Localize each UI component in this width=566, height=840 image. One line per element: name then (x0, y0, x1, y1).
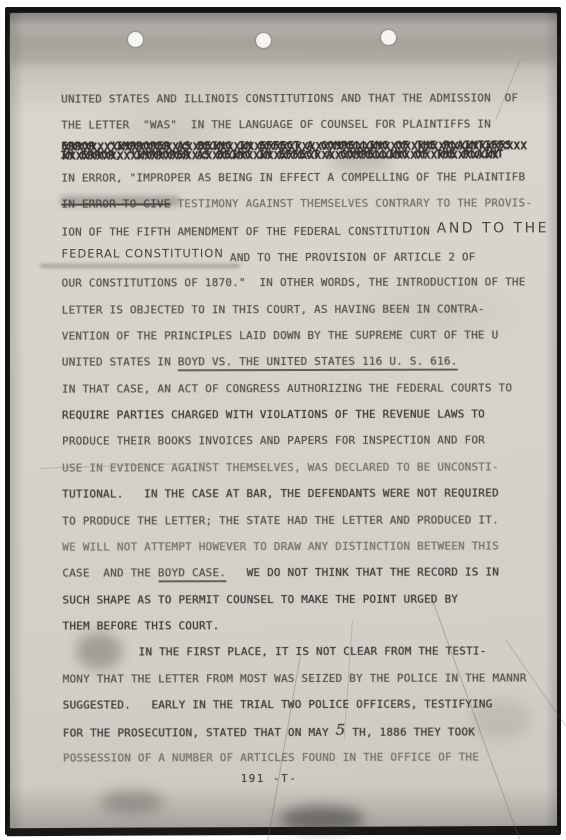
handwritten-annotation: FEDERAL CONSTITUTION (62, 246, 224, 260)
typed-text-run: VENTION OF THE PRINCIPLES LAID DOWN BY T… (62, 329, 499, 343)
typed-text-run: IN THAT CASE, AN ACT OF CONGRESS AUTHORI… (62, 381, 512, 395)
document-line: MONY THAT THE LETTER FROM MOST WAS SEIZE… (63, 665, 545, 693)
document-line: REQUIRE PARTIES CHARGED WITH VIOLATIONS … (62, 401, 544, 429)
document-line: USE IN EVIDENCE AGAINST THEMSELVES, WAS … (62, 454, 544, 482)
typed-text-run: WE DO NOT THINK THAT THE RECORD IS IN (226, 566, 499, 580)
typed-text-run: USE IN EVIDENCE AGAINST THEMSELVES, WAS … (62, 460, 499, 474)
typed-text-run: POSSESSION OF A NUMBER OF ARTICLES FOUND… (63, 750, 479, 764)
typed-text-run: TH, 1886 THEY TOOK (345, 726, 475, 739)
document-line: ERROR, "IMPROPER AS BEING IN EFFECT A CO… (61, 138, 543, 166)
document-line: CASE AND THE BOYD CASE. WE DO NOT THINK … (62, 560, 544, 588)
typed-text-run: IN ERROR, "IMPROPER AS BEING IN EFFECT A… (61, 170, 525, 184)
typed-text-run: ION OF THE FIFTH AMENDMENT OF THE FEDERA… (61, 224, 436, 238)
document-line: SUGGESTED. EARLY IN THE TRIAL TWO POLICE… (63, 691, 545, 719)
document-line: TUTIONAL. IN THE CASE AT BAR, THE DEFEND… (62, 481, 544, 509)
document-line: IN ERROR, "IMPROPER AS BEING IN EFFECT A… (61, 164, 543, 192)
underlined-citation: BOYD CASE. (158, 566, 226, 582)
typed-text-run: SUCH SHAPE AS TO PERMIT COUNSEL TO MAKE … (62, 592, 458, 606)
document-line: PRODUCE THEIR BOOKS INVOICES AND PAPERS … (62, 428, 544, 456)
punch-hole (128, 32, 143, 47)
typed-text-run: TO PRODUCE THE LETTER; THE STATE HAD THE… (62, 513, 499, 527)
top-shadow-streak (9, 36, 557, 64)
handwritten-annotation: 5 (336, 721, 346, 739)
document-line: FEDERAL CONSTITUTIONAND TO THE PROVISION… (62, 243, 544, 271)
typed-text-run: WE WILL NOT ATTEMPT HOWEVER TO DRAW ANY … (62, 539, 499, 553)
typed-text-run: CASE AND THE (62, 567, 158, 580)
typed-text-run: REQUIRE PARTIES CHARGED WITH VIOLATIONS … (62, 408, 485, 422)
document-line: SUCH SHAPE AS TO PERMIT COUNSEL TO MAKE … (62, 586, 544, 614)
document-line: IN THAT CASE, AN ACT OF CONGRESS AUTHORI… (62, 375, 544, 403)
typed-text-run: IN THE FIRST PLACE, IT IS NOT CLEAR FROM… (139, 645, 487, 659)
underlined-citation: BOYD VS. THE UNITED STATES 116 U. S. 616… (178, 355, 458, 372)
typed-text-run: UNITED STATES IN (62, 356, 178, 369)
typed-text-run: MONY THAT THE LETTER FROM MOST WAS SEIZE… (63, 671, 527, 685)
document-line: VENTION OF THE PRINCIPLES LAID DOWN BY T… (62, 322, 544, 350)
typed-text-run: OUR CONSTITUTIONS OF 1870." IN OTHER WOR… (62, 276, 526, 290)
typed-text-run: LETTER IS OBJECTED TO IN THIS COURT, AS … (62, 302, 485, 316)
scanned-document-page: UNITED STATES AND ILLINOIS CONSTITUTIONS… (0, 0, 566, 840)
typed-text-run: THEM BEFORE THIS COURT. (62, 619, 219, 632)
document-line: IN THE FIRST PLACE, IT IS NOT CLEAR FROM… (63, 639, 545, 667)
document-line: ION OF THE FIFTH AMENDMENT OF THE FEDERA… (61, 217, 543, 245)
document-line: TO PRODUCE THE LETTER; THE STATE HAD THE… (62, 507, 544, 535)
document-line: POSSESSION OF A NUMBER OF ARTICLES FOUND… (63, 744, 545, 772)
typed-text-run: UNITED STATES AND ILLINOIS CONSTITUTIONS… (61, 91, 518, 105)
document-line: THEM BEFORE THIS COURT. (62, 612, 544, 640)
punch-hole (256, 33, 271, 48)
stain-mark (280, 806, 364, 832)
page-number: 191 -T- (0, 772, 552, 785)
typed-text-run: THE LETTER "WAS" IN THE LANGUAGE OF COUN… (61, 118, 491, 132)
document-body: UNITED STATES AND ILLINOIS CONSTITUTIONS… (61, 85, 545, 771)
document-line: LETTER IS OBJECTED TO IN THIS COURT, AS … (62, 296, 544, 324)
document-line: OUR CONSTITUTIONS OF 1870." IN OTHER WOR… (62, 270, 544, 298)
typed-text-run: FOR THE PROSECUTION, STATED THAT ON MAY (63, 726, 336, 740)
punch-hole (381, 30, 396, 45)
typed-text-run: SUGGESTED. EARLY IN THE TRIAL TWO POLICE… (63, 697, 493, 711)
stain-mark (100, 790, 164, 814)
struck-text: IN ERROR TO GIVE (61, 198, 170, 211)
document-line: IN ERROR TO GIVE TESTIMONY AGAINST THEMS… (61, 191, 543, 219)
typed-text-run: AND TO THE PROVISION OF ARTICLE 2 OF (230, 251, 476, 265)
document-line: UNITED STATES IN BOYD VS. THE UNITED STA… (62, 349, 544, 377)
document-line: UNITED STATES AND ILLINOIS CONSTITUTIONS… (61, 85, 543, 113)
typed-text-run: PRODUCE THEIR BOOKS INVOICES AND PAPERS … (62, 434, 485, 448)
document-line: WE WILL NOT ATTEMPT HOWEVER TO DRAW ANY … (62, 533, 544, 561)
typed-text-run: TUTIONAL. IN THE CASE AT BAR, THE DEFEND… (62, 487, 499, 501)
handwritten-annotation: AND TO THE (437, 220, 549, 236)
typed-text-run: TESTIMONY AGAINST THEMSELVES CONTRARY TO… (171, 197, 533, 211)
document-line: FOR THE PROSECUTION, STATED THAT ON MAY … (63, 718, 545, 746)
